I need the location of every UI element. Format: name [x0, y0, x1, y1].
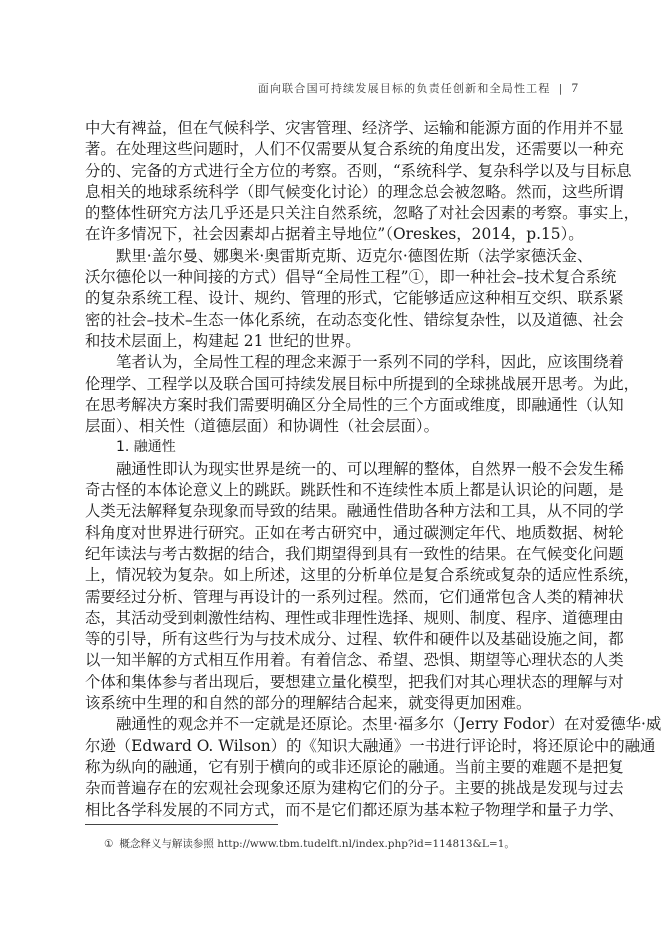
text-line: 态，其活动受到刺激性结构、理性或非理性选择、规则、制度、程序、道德理由	[85, 608, 579, 629]
text-line: 沃尔德伦以一种间接的方式）倡导“全局性工程”①，即一种社会–技术复合系统	[85, 267, 579, 288]
text-line: 需要经过分析、管理与再设计的一系列过程。然而，它们通常包含人类的精神状	[85, 587, 579, 608]
text-line: 分的、完备的方式进行全方位的考察。否则，“系统科学、复杂科学以及与目标息	[85, 161, 579, 182]
text-line: 纪年读法与考古数据的结合，我们期望得到具有一致性的结果。在气候变化问题	[85, 544, 579, 565]
text-line: 著。在处理这些问题时，人们不仅需要从复合系统的角度出发，还需要以一种充	[85, 139, 579, 160]
text-line: 笔者认为，全局性工程的理念来源于一系列不同的学科，因此，应该围绕着	[85, 352, 579, 373]
text-line: 默里·盖尔曼、娜奥米·奥雷斯克斯、迈克尔·德图佐斯（法学家德沃金、	[85, 246, 579, 267]
text-line: 人类无法解释复杂现象而导致的结果。融通性借助各种方法和工具，从不同的学	[85, 501, 579, 522]
text-line: 杂而普遍存在的宏观社会现象还原为建构它们的分子。主要的挑战是发现与过去	[85, 778, 579, 799]
running-header: 面向联合国可持续发展目标的负责任创新和全局性工程|7	[240, 80, 578, 96]
text-line: 称为纵向的融通，它有别于横向的或非还原论的融通。当前主要的难题不是把复	[85, 757, 579, 778]
footnote-divider	[85, 824, 278, 825]
text-line: 科角度对世界进行研究。正如在考古研究中，通过碳测定年代、地质数据、树轮	[85, 523, 579, 544]
section-heading: 1. 融通性	[85, 437, 579, 458]
text-line: 的整体性研究方法几乎还是只关注自然系统，忽略了对社会因素的考察。事实上，	[85, 203, 579, 224]
document-page: 面向联合国可持续发展目标的负责任创新和全局性工程|7 中大有裨益，但在气候科学、…	[0, 0, 661, 925]
text-line: 息相关的地球系统科学（即气候变化讨论）的理念总会被忽略。然而，这些所谓	[85, 182, 579, 203]
text-line: 等的引导，所有这些行为与技术成分、过程、软件和硬件以及基础设施之间，都	[85, 629, 579, 650]
text-line: 个体和集体参与者出现后，要想建立量化模型，把我们对其心理状态的理解与对	[85, 672, 579, 693]
footnote-text: 概念释义与解读参照 http://www.tbm.tudelft.nl/inde…	[119, 838, 514, 850]
text-line: 伦理学、工程学以及联合国可持续发展目标中所提到的全球挑战展开思考。为此，	[85, 374, 579, 395]
text-line: 密的社会–技术–生态一体化系统，在动态变化性、错综复杂性，以及道德、社会	[85, 310, 579, 331]
text-line: 尔逊（Edward O. Wilson）的《知识大融通》一书进行评论时，将还原论…	[85, 736, 579, 757]
text-line: 融通性即认为现实世界是统一的、可以理解的整体，自然界一般不会发生稀	[85, 459, 579, 480]
text-line: 该系统中生理的和自然的部分的理解结合起来，就变得更加困难。	[85, 693, 579, 714]
body-text: 中大有裨益，但在气候科学、灾害管理、经济学、运输和能源方面的作用并不显 著。在处…	[85, 118, 579, 821]
text-line: 上，情况较为复杂。如上所述，这里的分析单位是复合系统或复杂的适应性系统，	[85, 565, 579, 586]
text-line: 中大有裨益，但在气候科学、灾害管理、经济学、运输和能源方面的作用并不显	[85, 118, 579, 139]
text-line: 在许多情况下，社会因素却占据着主导地位”（Oreskes，2014，p.15）。	[85, 224, 579, 245]
text-line: 在思考解决方案时我们需要明确区分全局性的三个方面或维度，即融通性（认知	[85, 395, 579, 416]
text-line: 奇古怪的本体论意义上的跳跃。跳跃性和不连续性本质上都是认识论的问题，是	[85, 480, 579, 501]
running-header-title: 面向联合国可持续发展目标的负责任创新和全局性工程	[258, 82, 551, 95]
text-line: 层面）、相关性（道德层面）和协调性（社会层面）。	[85, 416, 579, 437]
text-line: 以一知半解的方式相互作用着。有着信念、希望、恐惧、期望等心理状态的人类	[85, 650, 579, 671]
header-separator: |	[559, 82, 564, 95]
page-number: 7	[572, 80, 579, 95]
footnote-marker: ①	[104, 838, 113, 850]
text-line: 相比各学科发展的不同方式，而不是它们都还原为基本粒子物理学和量子力学、	[85, 800, 579, 821]
text-line: 融通性的观念并不一定就是还原论。杰里·福多尔（Jerry Fodor）在对爱德华…	[85, 714, 579, 735]
text-line: 和技术层面上，构建起 21 世纪的世界。	[85, 331, 579, 352]
footnote: ①概念释义与解读参照 http://www.tbm.tudelft.nl/ind…	[104, 836, 515, 851]
text-line: 的复杂系统工程、设计、规约、管理的形式，它能够适应这种相互交织、联系紧	[85, 288, 579, 309]
